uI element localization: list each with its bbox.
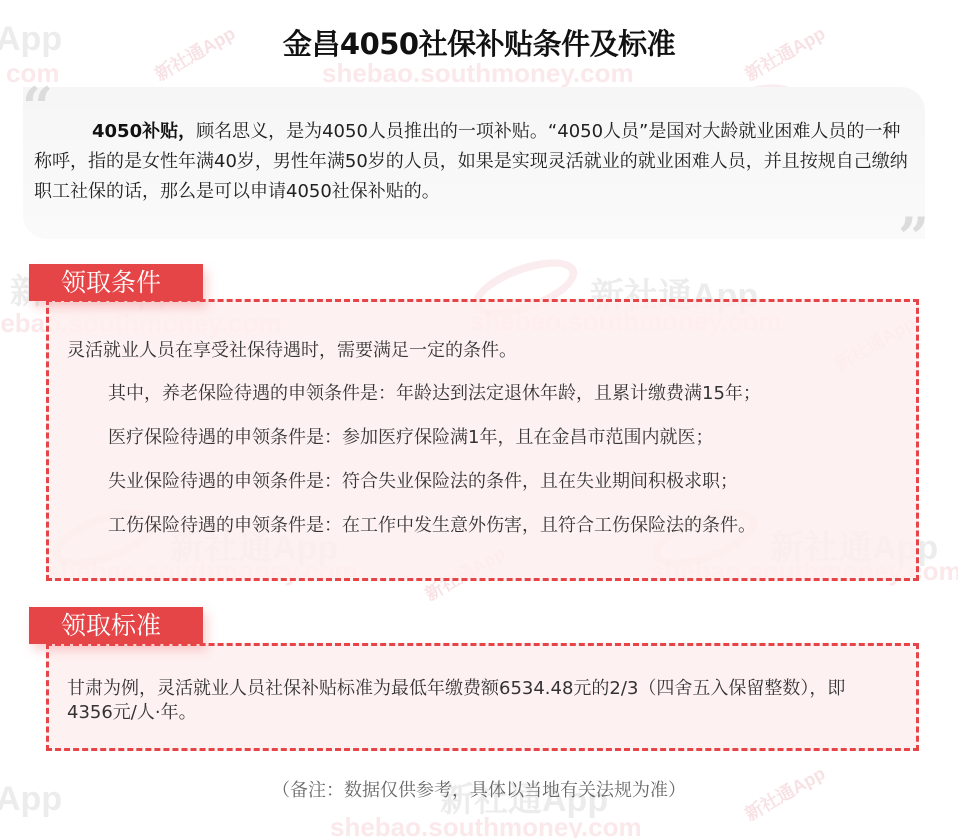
close-quote-icon: ” [898, 210, 929, 264]
page-title: 金昌4050社保补贴条件及标准 [0, 22, 958, 63]
condition-item-unemployment: 失业保险待遇的申领条件是：符合失业保险法的条件，且在失业期间积极求职； [108, 467, 738, 493]
standards-heading: 领取标准 [29, 607, 203, 644]
watermark-url-text: shebao.southmoney.com [330, 812, 642, 838]
standards-text: 甘肃为例，灵活就业人员社保补贴标准为最低年缴费额6534.48元的2/3（四舍五… [67, 677, 867, 725]
condition-item-medical: 医疗保险待遇的申领条件是：参加医疗保险满1年，且在金昌市范围内就医； [108, 423, 713, 449]
condition-item-injury: 工伤保险待遇的申领条件是：在工作中发生意外伤害，且符合工伤保险法的条件。 [108, 511, 756, 537]
intro-term: 4050补贴， [92, 121, 196, 142]
conditions-lead: 灵活就业人员在享受社保待遇时，需要满足一定的条件。 [67, 336, 517, 362]
intro-paragraph: 4050补贴，顾名思义，是为4050人员推出的一项补贴。“4050人员”是国对大… [34, 117, 910, 207]
condition-item-pension: 其中，养老保险待遇的申领条件是：年龄达到法定退休年龄，且累计缴费满15年； [108, 379, 761, 405]
conditions-heading: 领取条件 [29, 264, 203, 301]
footnote: （备注：数据仅供参考，具体以当地有关法规为准） [0, 776, 958, 802]
